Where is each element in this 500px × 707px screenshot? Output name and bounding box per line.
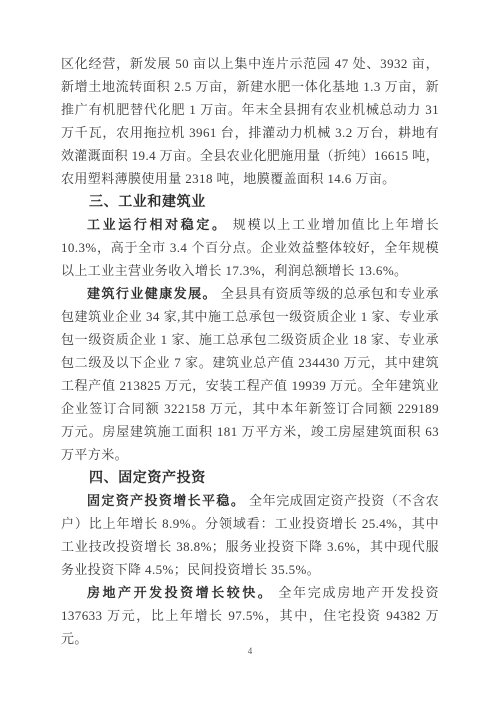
- paragraph-lead: 房地产开发投资增长较快。: [87, 585, 273, 600]
- page-number: 4: [248, 646, 253, 656]
- document-page: 区化经营，新发展 50 亩以上集中连片示范园 47 处、3932 亩，新增土地流…: [0, 0, 500, 707]
- paragraph-text: 区化经营，新发展 50 亩以上集中连片示范园 47 处、3932 亩，新增土地流…: [61, 56, 439, 186]
- page-footer: 4: [0, 645, 500, 657]
- paragraph-lead: 建筑行业健康发展。: [87, 286, 217, 301]
- section-heading-industry-construction: 三、工业和建筑业: [61, 190, 439, 213]
- paragraph-lead: 固定资产投资增长平稳。: [87, 493, 245, 508]
- paragraph-agriculture-continuation: 区化经营，新发展 50 亩以上集中连片示范园 47 处、3932 亩，新增土地流…: [61, 52, 439, 190]
- paragraph-lead: 工业运行相对稳定。: [87, 217, 228, 232]
- paragraph-text: 全县具有资质等级的总承包和专业承包建筑业企业 34 家,其中施工总承包一级资质企…: [61, 286, 439, 462]
- paragraph-real-estate-investment: 房地产开发投资增长较快。 全年完成房地产开发投资 137633 万元，比上年增长…: [61, 581, 439, 650]
- section-heading-fixed-asset-investment: 四、固定资产投资: [61, 466, 439, 489]
- paragraph-industry-operation: 工业运行相对稳定。 规模以上工业增加值比上年增长 10.3%，高于全市 3.4 …: [61, 213, 439, 282]
- document-text-block: 区化经营，新发展 50 亩以上集中连片示范园 47 处、3932 亩，新增土地流…: [61, 52, 439, 650]
- paragraph-fixed-asset-investment: 固定资产投资增长平稳。 全年完成固定资产投资（不含农户）比上年增长 8.9%。分…: [61, 489, 439, 581]
- paragraph-construction-industry: 建筑行业健康发展。 全县具有资质等级的总承包和专业承包建筑业企业 34 家,其中…: [61, 282, 439, 466]
